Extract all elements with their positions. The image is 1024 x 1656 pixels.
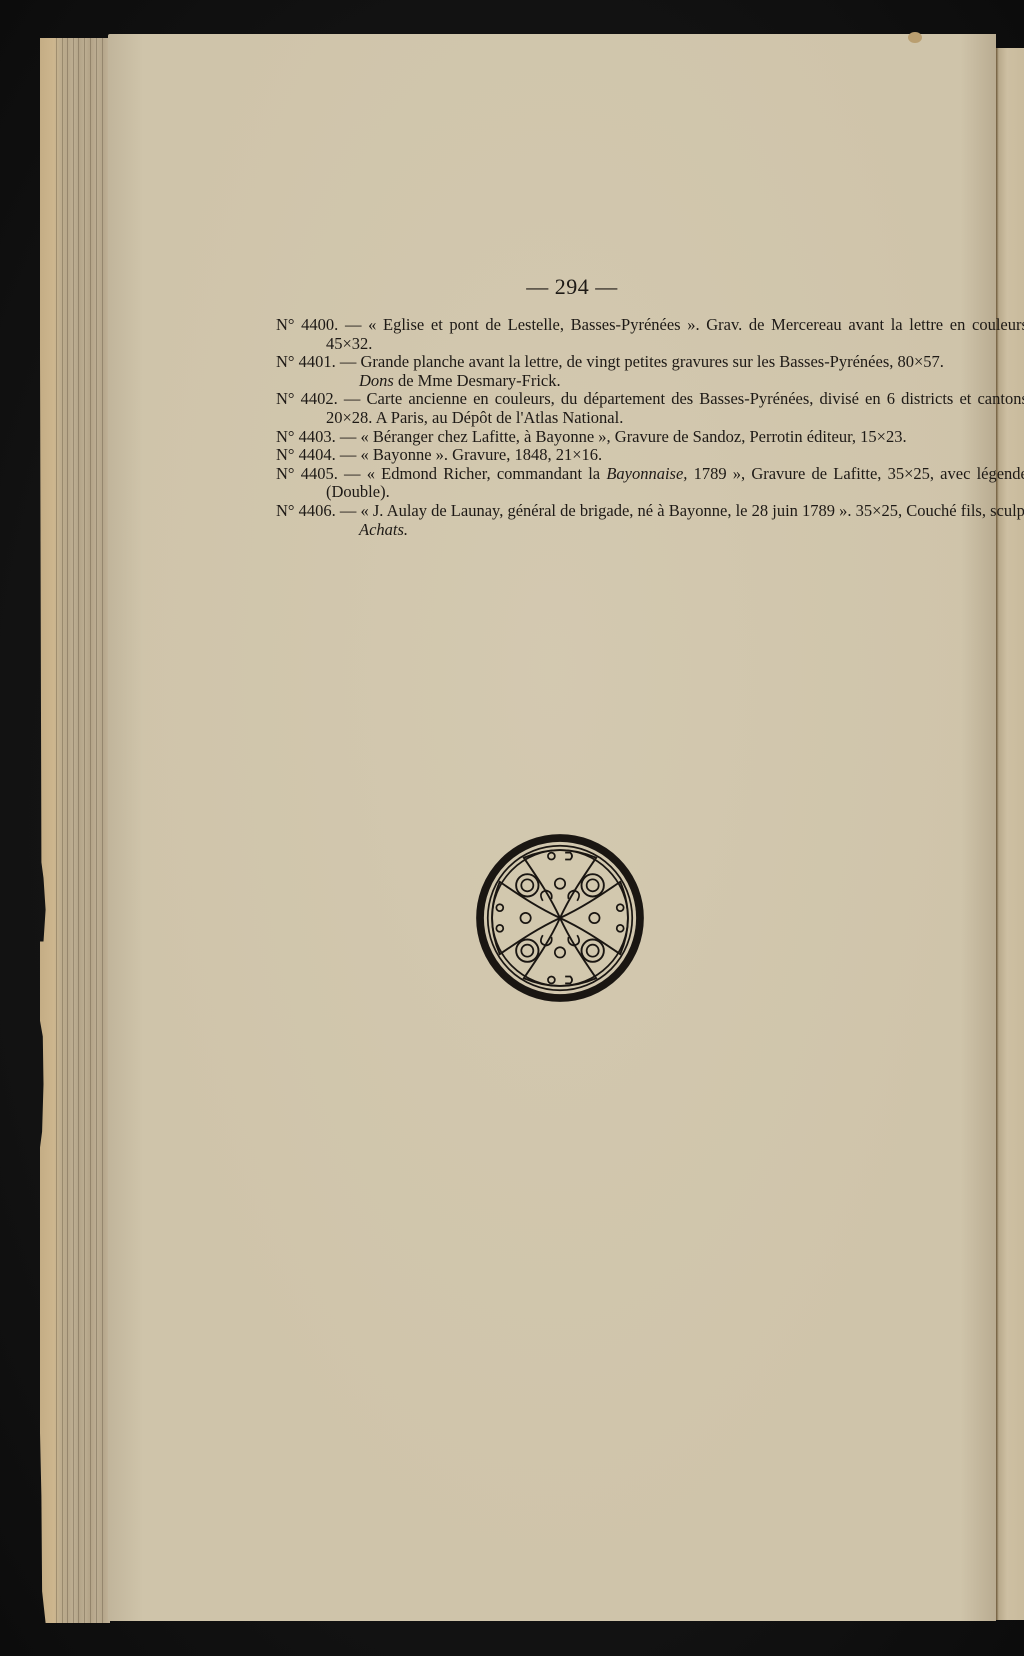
page-number: — 294 — — [108, 274, 996, 300]
entry-number: N° 4402. — [276, 389, 338, 408]
catalog-entry-4405: N° 4405. — « Edmond Richer, commandant l… — [276, 465, 1024, 502]
entry-text: — « J. Aulay de Launay, général de briga… — [340, 501, 1024, 520]
entry-text: — Carte ancienne en couleurs, du départe… — [326, 389, 1024, 427]
catalog-entry-4402: N° 4402. — Carte ancienne en couleurs, d… — [276, 390, 1024, 427]
entry-number: N° 4401. — [276, 352, 336, 371]
entry-text: — « Bayonne ». Gravure, 1848, 21×16. — [340, 445, 602, 464]
catalog-entry-4406: N° 4406. — « J. Aulay de Launay, général… — [276, 502, 1024, 521]
entry-text-before: — « Edmond Richer, commandant la — [344, 464, 606, 483]
catalog-entries: N° 4400. — « Eglise et pont de Lestelle,… — [276, 316, 1024, 539]
entry-number: N° 4403. — [276, 427, 336, 446]
page-stack-edges — [40, 38, 110, 1623]
donor-note-dons: Dons — [359, 371, 394, 390]
paper-tear-nub — [908, 32, 922, 43]
catalog-entry-4400: N° 4400. — « Eglise et pont de Lestelle,… — [276, 316, 1024, 353]
entry-text: — « Béranger chez Lafitte, à Bayonne », … — [340, 427, 907, 446]
entry-number: N° 4400. — [276, 315, 338, 334]
purchase-note: Achats. — [276, 521, 1024, 540]
celtic-cross-roundel-icon — [474, 832, 646, 1004]
book-page: — 294 — N° 4400. — « Eglise et pont de L… — [108, 34, 996, 1621]
entry-text: — « Eglise et pont de Lestelle, Basses-P… — [326, 315, 1024, 353]
catalog-entry-4401: N° 4401. — Grande planche avant la lettr… — [276, 353, 1024, 372]
entry-number: N° 4405. — [276, 464, 338, 483]
donor-note-name: de Mme Desmary-Frick. — [394, 371, 561, 390]
catalog-entry-4404: N° 4404. — « Bayonne ». Gravure, 1848, 2… — [276, 446, 1024, 465]
entry-text: — Grande planche avant la lettre, de vin… — [340, 352, 944, 371]
entry-number: N° 4406. — [276, 501, 336, 520]
entry-number: N° 4404. — [276, 445, 336, 464]
entry-text-italic: Bayonnaise, — [606, 464, 687, 483]
donor-note: Dons de Mme Desmary-Frick. — [276, 372, 1024, 391]
next-page-edge — [996, 48, 1024, 1620]
catalog-entry-4403: N° 4403. — « Béranger chez Lafitte, à Ba… — [276, 428, 1024, 447]
